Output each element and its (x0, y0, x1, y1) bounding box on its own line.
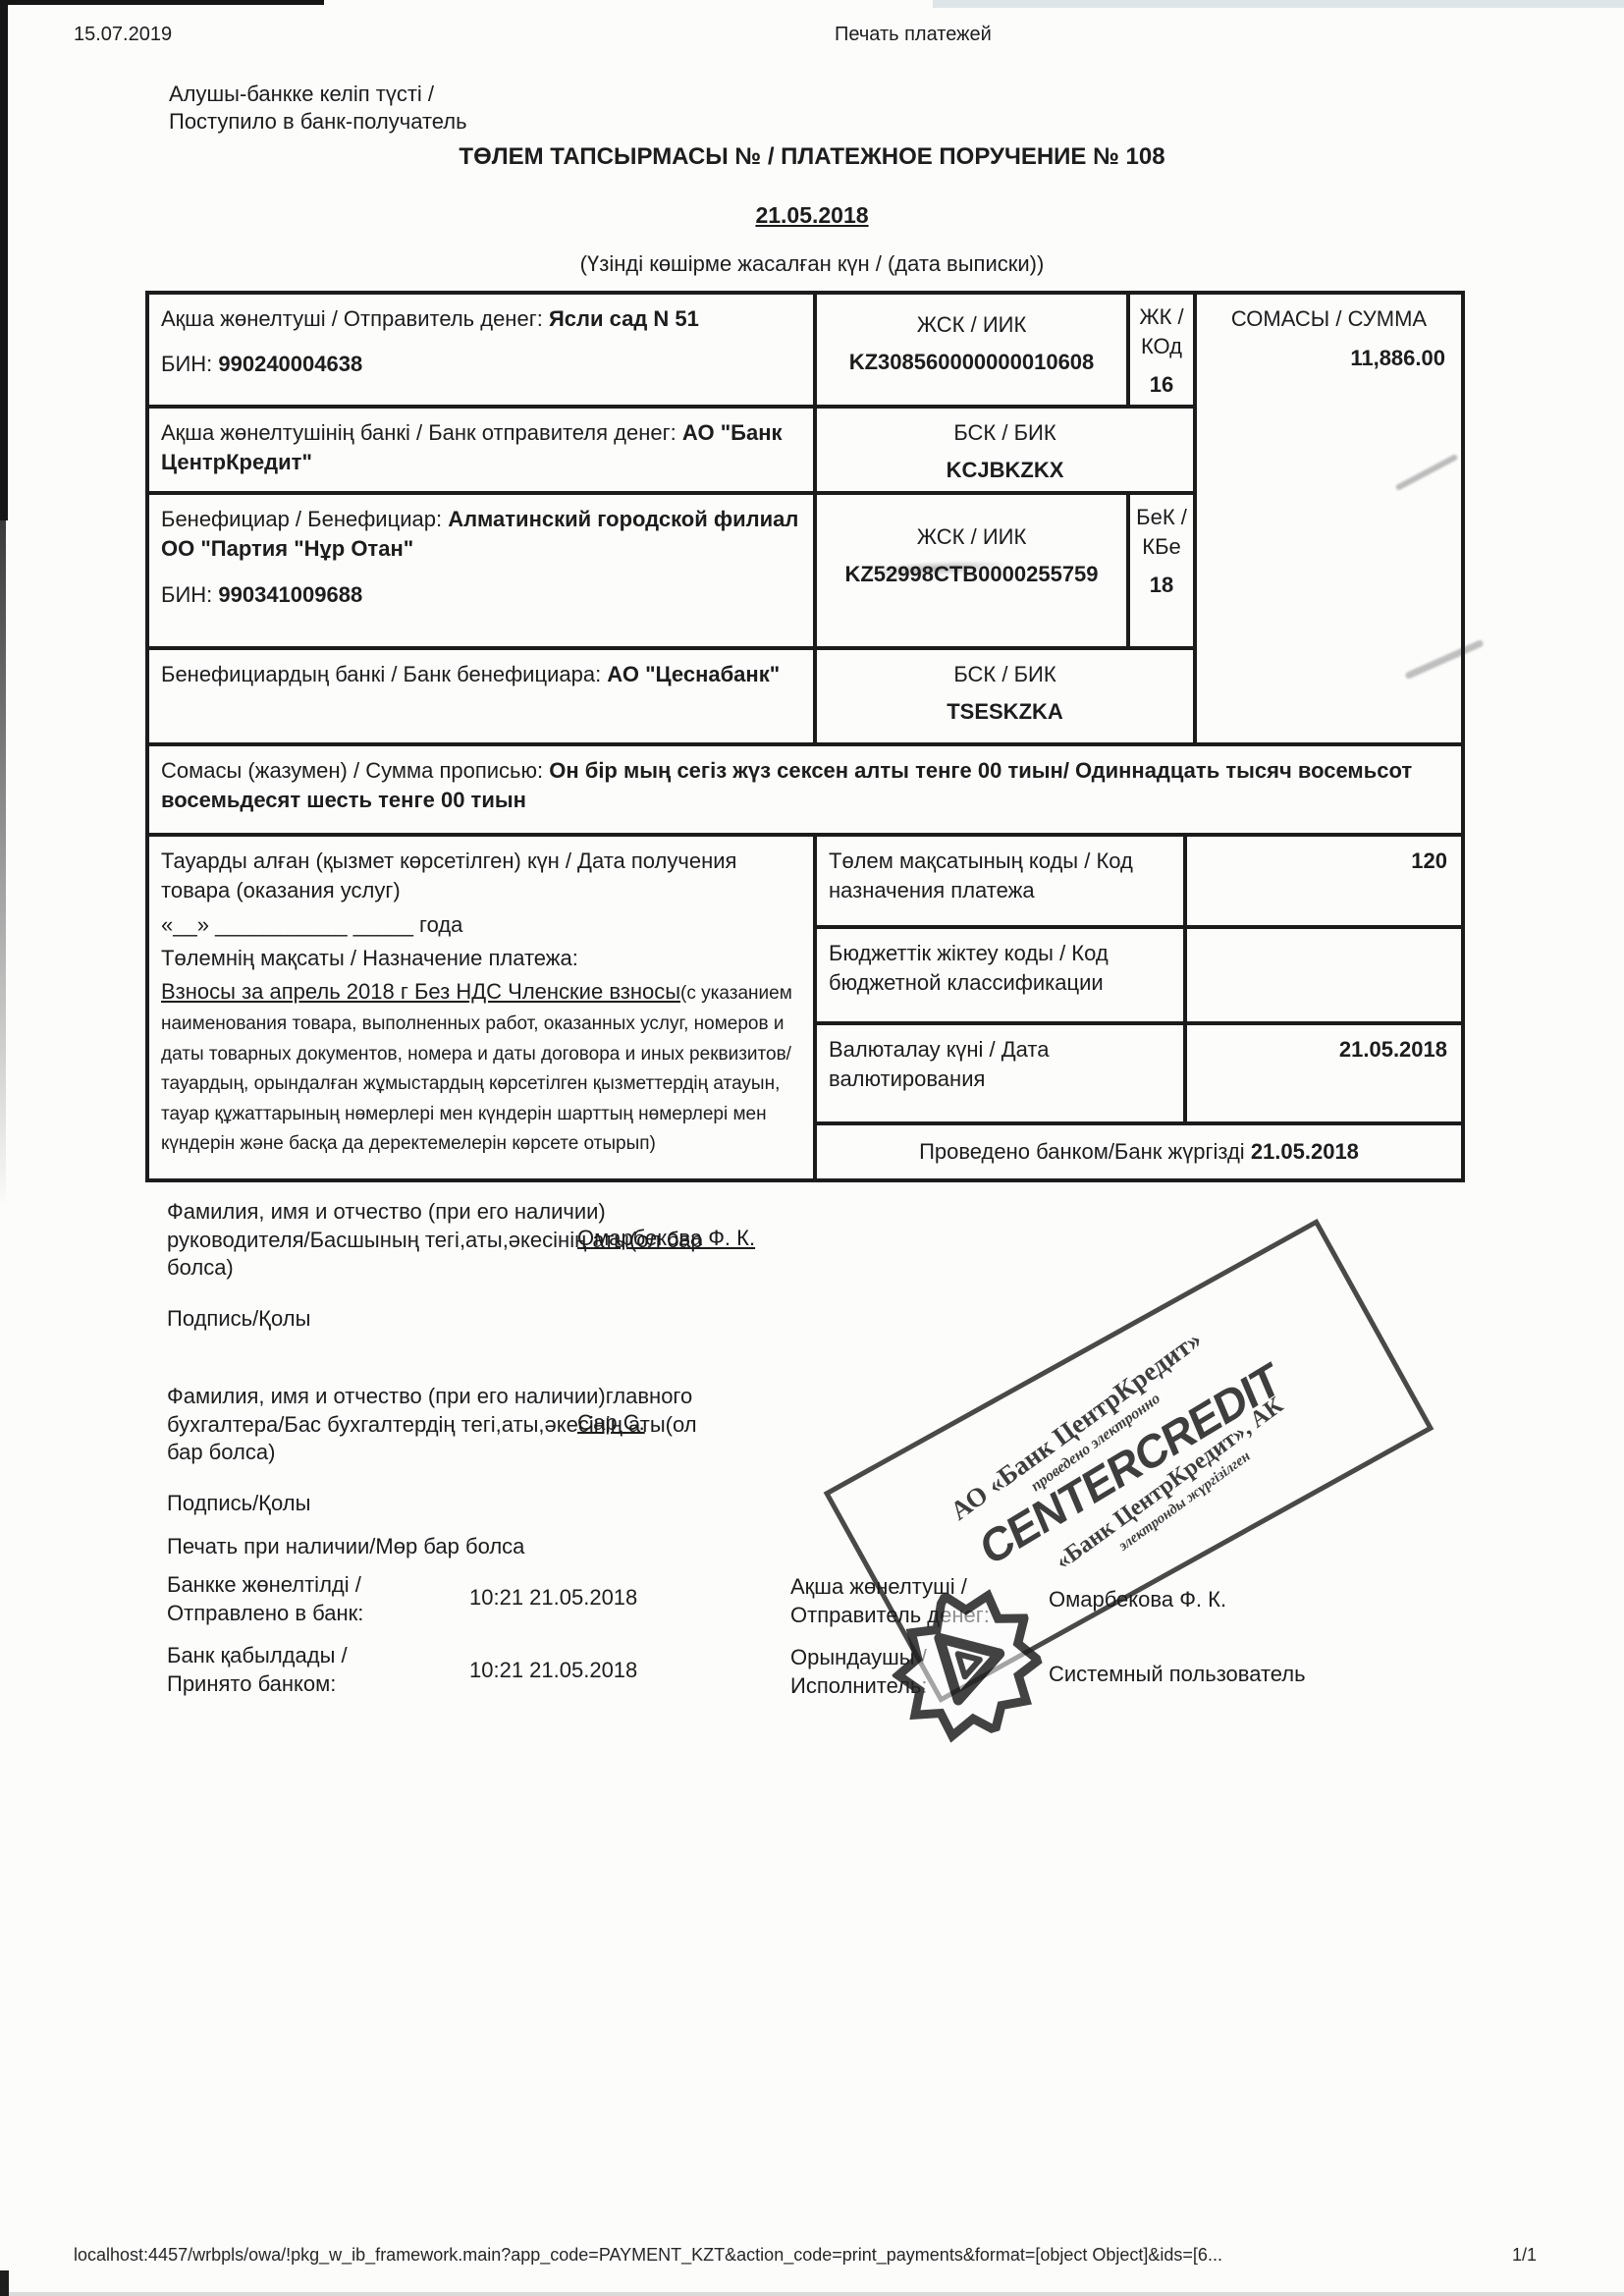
scan-edge-artifact (933, 0, 1624, 8)
amount-words-cell: Сомасы (жазумен) / Сумма прописью: Он бі… (145, 742, 1465, 837)
beneficiary-bank-name: АО "Цеснабанк" (607, 662, 780, 686)
knp-label: Төлем мақсатының коды / Код назначения п… (829, 848, 1133, 902)
sender-bin-line: БИН: 990240004638 (161, 350, 801, 379)
scan-edge-artifact (0, 0, 324, 5)
accountant-name-value: Сар С. (577, 1410, 645, 1436)
value-date-label-cell: Валюталау күні / Дата валютирования (813, 1021, 1187, 1125)
scan-blot-artifact (0, 2270, 9, 2296)
document-title: ТӨЛЕМ ТАПСЫРМАСЫ № / ПЛАТЕЖНОЕ ПОРУЧЕНИЕ… (0, 143, 1624, 171)
purpose-note: (с указанием наименования товара, выполн… (161, 983, 792, 1154)
kbk-value-cell (1183, 925, 1465, 1025)
money-sender-value: Омарбекова Ф. К. (1049, 1587, 1226, 1613)
accepted-by-bank-label: Банк қабылдады / Принято банком: (167, 1642, 348, 1698)
stamp-processed-electronically-kz: электронды жүргізілген (1115, 1449, 1254, 1556)
beneficiary-label: Бенефициар / Бенефициар: (161, 507, 448, 531)
amount-label: СОМАСЫ / СУММА (1209, 304, 1449, 334)
received-by-bank-label: Алушы-банкке келіп түсті / Поступило в б… (169, 81, 467, 136)
beneficiary-kbe-cell: БеК / КБе 18 (1126, 491, 1197, 650)
executor-value: Системный пользователь (1049, 1662, 1306, 1687)
kbk-label: Бюджеттік жіктеу коды / Код бюджетной кл… (829, 941, 1109, 995)
beneficiary-bik-value: TSESKZKA (829, 697, 1181, 727)
bank-electronic-stamp: АО «Банк ЦентрКредит» проведено электрон… (824, 1219, 1435, 1703)
beneficiary-iik-value: KZ52998CTB0000255759 (829, 560, 1114, 589)
scan-edge-artifact (0, 520, 6, 1208)
sender-label: Ақша жөнелтуші / Отправитель денег: (161, 306, 549, 331)
processed-value: 21.05.2018 (1251, 1137, 1359, 1167)
beneficiary-account-cell: ЖСК / ИИК KZ52998CTB0000255759 (813, 491, 1130, 650)
knp-value-cell: 120 (1183, 833, 1465, 929)
sender-kod-value: 16 (1134, 370, 1189, 400)
purpose-cell: Тауарды алған (қызмет көрсетілген) күн /… (145, 833, 817, 1182)
stamp-centercredit-wordmark: CENTERCREDIT (973, 1351, 1287, 1577)
payment-order-table: Ақша жөнелтуші / Отправитель денег: Ясли… (145, 291, 1465, 1182)
amount-words-label: Сомасы (жазумен) / Сумма прописью: (161, 758, 549, 783)
sender-bin-label: БИН: (161, 352, 218, 376)
beneficiary-bank-label: Бенефициардың банкі / Банк бенефициара: (161, 662, 607, 686)
beneficiary-kbe-value: 18 (1134, 571, 1189, 600)
sender-bin-value: 990240004638 (218, 352, 362, 376)
purpose-value: Взносы за апрель 2018 г Без НДС Членские… (161, 979, 680, 1004)
beneficiary-bin-label: БИН: (161, 582, 218, 607)
sender-bank-cell: Ақша жөнелтушінің банкі / Банк отправите… (145, 405, 817, 495)
knp-value: 120 (1411, 848, 1447, 873)
seal-label: Печать при наличии/Мөр бар болса (167, 1534, 524, 1559)
scan-edge-artifact (0, 2292, 1624, 2296)
executor-label: Орындаушы / Исполнитель: (790, 1644, 928, 1700)
sender-bank-bik-cell: БСК / БИК KCJBKZKX (813, 405, 1197, 495)
beneficiary-bin-line: БИН: 990341009688 (161, 580, 801, 610)
beneficiary-bin-value: 990341009688 (218, 582, 362, 607)
signature-label-1: Подпись/Қолы (167, 1306, 310, 1332)
beneficiary-iik-label: ЖСК / ИИК (829, 522, 1114, 552)
browser-print-footer-url: localhost:4457/wrbpls/owa/!pkg_w_ib_fram… (74, 2245, 1222, 2266)
sender-name: Ясли сад N 51 (549, 306, 699, 331)
sender-iik-value: KZ308560000000010608 (829, 348, 1114, 377)
sender-bik-label: БСК / БИК (829, 418, 1181, 448)
scanned-payment-order-page: 15.07.2019 Печать платежей Алушы-банкке … (0, 0, 1624, 2296)
money-sender-label: Ақша жөнелтуші / Отправитель денег: (790, 1573, 990, 1629)
beneficiary-bik-label: БСК / БИК (829, 660, 1181, 689)
page-header-title: Печать платежей (835, 24, 992, 46)
sender-account-cell: ЖСК / ИИК KZ308560000000010608 (813, 291, 1130, 409)
sender-bik-value: KCJBKZKX (829, 456, 1181, 485)
goods-date-blank: «__» ___________ _____ года (161, 910, 801, 940)
document-date: 21.05.2018 (0, 202, 1624, 229)
document-subtitle: (Үзінді көшірме жасалған күн / (дата вып… (0, 251, 1624, 277)
purpose-label: Төлемнің мақсаты / Назначение платежа: (161, 944, 801, 973)
processed-label: Проведено банком/Банк жүргізді (919, 1137, 1245, 1167)
sender-bank-label: Ақша жөнелтушінің банкі / Банк отправите… (161, 420, 682, 445)
sender-cell: Ақша жөнелтуші / Отправитель денег: Ясли… (145, 291, 817, 409)
processed-by-bank-cell: Проведено банком/Банк жүргізді 21.05.201… (813, 1121, 1465, 1182)
signature-label-2: Подпись/Қолы (167, 1491, 310, 1516)
sender-kod-label: ЖК / КОд (1134, 302, 1189, 362)
stamp-bank-name-ru: АО «Банк ЦентрКредит» (945, 1325, 1207, 1527)
sender-iik-label: ЖСК / ИИК (829, 310, 1114, 340)
sender-kod-cell: ЖК / КОд 16 (1126, 291, 1197, 409)
beneficiary-bank-bik-cell: БСК / БИК TSESKZKA (813, 646, 1197, 746)
purpose-text: Взносы за апрель 2018 г Без НДС Членские… (161, 977, 801, 1158)
print-date: 15.07.2019 (74, 24, 172, 46)
stamp-bank-name-kz: «Банк ЦентрКредит», АК (1051, 1393, 1288, 1575)
goods-date-label: Тауарды алған (қызмет көрсетілген) күн /… (161, 847, 801, 906)
knp-label-cell: Төлем мақсатының коды / Код назначения п… (813, 833, 1187, 929)
beneficiary-bank-cell: Бенефициардың банкі / Банк бенефициара: … (145, 646, 817, 746)
value-date-value-cell: 21.05.2018 (1183, 1021, 1465, 1125)
value-date-value: 21.05.2018 (1339, 1037, 1447, 1062)
amount-value: 11,886.00 (1209, 344, 1449, 373)
page-number: 1/1 (1512, 2245, 1537, 2266)
sent-to-bank-value: 10:21 21.05.2018 (469, 1585, 637, 1611)
director-name-value: Омарбекова Ф. К. (577, 1226, 755, 1251)
value-date-label: Валюталау күні / Дата валютирования (829, 1037, 1049, 1091)
kbk-label-cell: Бюджеттік жіктеу коды / Код бюджетной кл… (813, 925, 1187, 1025)
beneficiary-kbe-label: БеК / КБе (1134, 503, 1189, 563)
accepted-by-bank-value: 10:21 21.05.2018 (469, 1658, 637, 1683)
beneficiary-cell: Бенефициар / Бенефициар: Алматинский гор… (145, 491, 817, 650)
sent-to-bank-label: Банкке жөнелтілді / Отправлено в банк: (167, 1571, 363, 1627)
amount-cell: СОМАСЫ / СУММА 11,886.00 (1193, 291, 1465, 746)
stamp-processed-electronically-ru: проведено электронно (1028, 1390, 1164, 1496)
